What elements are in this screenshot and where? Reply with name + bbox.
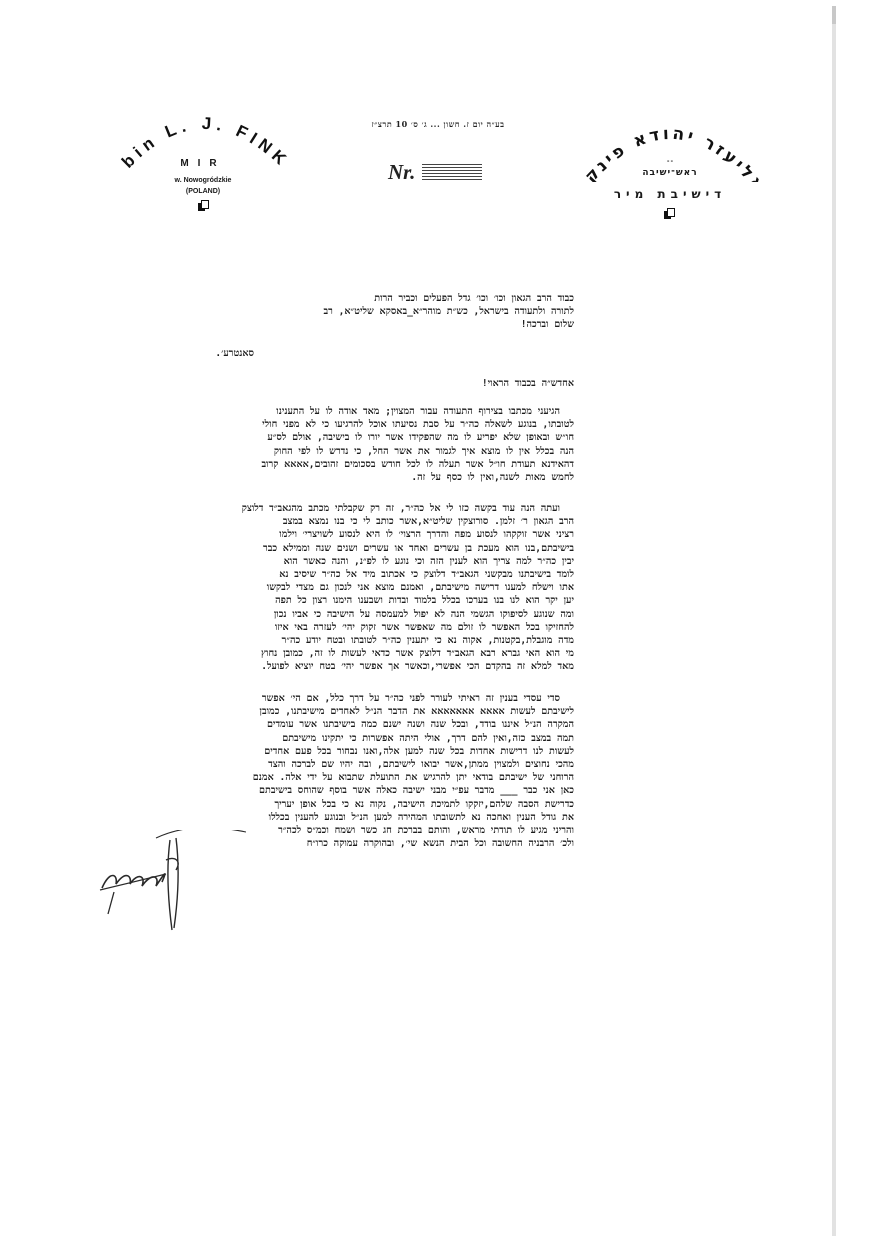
paragraph-3: סדי עסדי בענין זה ראיתי לעורר לפני כה״ר …: [74, 692, 574, 850]
text-line: יען יקר הוא לנו בנו בערכו בכלל בלמוד ובד…: [74, 594, 574, 607]
address-line: כבוד הרב הגאון וכו׳ וכו׳ גדל הפעלים וכבי…: [154, 292, 574, 305]
reference-number-field: [422, 164, 482, 180]
text-line: אתו וישלח למענו דרישה מישיבתם, ואמנם מוצ…: [74, 581, 574, 594]
letterhead-institution: דישיבת מיר: [580, 187, 760, 201]
text-line: מאד למלא זה בהקדם הכי אפשרי,וכאשר אך אפש…: [74, 660, 574, 673]
text-line: את גודל הענין ואחכה נא לתשובתו המהירה למ…: [74, 811, 574, 824]
reference-number-label: Nr.: [388, 160, 415, 185]
scrollbar-thumb[interactable]: [832, 6, 836, 24]
text-line: יבין כה״ר למה צריך הוא לענין הזה וכי נוג…: [74, 555, 574, 568]
text-line: כאן אני כבר ___ מדבר עפ״י מבני ישיבה כאל…: [74, 784, 574, 797]
date-line: בע״ה יום ז. חשון ... ג׳ ס׳ 10 תרצ״ז: [358, 119, 518, 129]
vertical-scrollbar[interactable]: [832, 6, 836, 1236]
text-line: מי הוא האי גברא רבא הגאב״ד דלוצק אשר כדא…: [74, 647, 574, 660]
text-line: לומד בישיבתנו מבקשני הגאב״ד דלוצק כי אכת…: [74, 568, 574, 581]
telephone-icon: [664, 208, 675, 220]
address-line: שלום וברכה!: [154, 318, 574, 331]
document-page: Rabin L. J. FINKEL MIR w. Nowogródzkie (…: [0, 0, 832, 1240]
recipient-address: כבוד הרב הגאון וכו׳ וכו׳ גדל הפעלים וכבי…: [154, 292, 574, 332]
address-line: לתורה ולתעודה בישראל, כש״ת מוהר״א_באסקא …: [154, 305, 574, 318]
text-line: הגיעני מכתבו בצירוף התעודה עבור המצוין; …: [74, 405, 574, 418]
letterhead-left: Rabin L. J. FINKEL MIR w. Nowogródzkie (…: [108, 104, 298, 224]
text-line: רציני אשר זוקקהו לנסוע מפה והדרך הרצוי׳ …: [74, 528, 574, 541]
text-line: מדה מוגבלת,בקטנות, אקוה נא כי יתענין כה״…: [74, 634, 574, 647]
text-line: סדי עסדי בענין זה ראיתי לעורר לפני כה״ר …: [74, 692, 574, 705]
text-line: דהאידנא תעודת חו״ל אשר תעלה לו לכל חודש …: [74, 458, 574, 471]
telephone-icon: [198, 200, 209, 212]
greeting: אחדש״ה בכבוד הראוי!: [482, 377, 574, 390]
text-line: הרוחני של ישיבתם בודאי יתן להרגיש את התו…: [74, 771, 574, 784]
recipient-place: סאנטרע׳.: [215, 347, 254, 360]
text-line: המקרה הנ״ל איננו בודד, ובכל שנה ושנה ישנ…: [74, 718, 574, 731]
handwritten-signature: [96, 830, 216, 940]
text-line: בישיבתם,בנו הוא מעכת בן עשרים ואחד או עש…: [74, 542, 574, 555]
text-line: הנה בכלל אין לו מוצא איך לגמור את אשר הח…: [74, 445, 574, 458]
text-line: הרב הגאון ר׳ זלמן. סורוצקין שליט״א,אשר כ…: [74, 515, 574, 528]
paragraph-1: הגיעני מכתבו בצירוף התעודה עבור המצוין; …: [74, 405, 574, 484]
text-line: תמה במצב כזה,ואין להם דרך, אולי היתה אפש…: [74, 732, 574, 745]
text-line: ומה שנוגע לסיפוקו הגשמי הנה לא יפול למעמ…: [74, 608, 574, 621]
letterhead-title: ראש־ישיבה: [580, 168, 760, 178]
paragraph-2: ועתה הנה עוד בקשה כזו לי אל כה״ר, זה רק …: [74, 502, 574, 674]
text-line: כדרישת הסבה שלהם,יזקקו לתמיכת הישיבה, נק…: [74, 798, 574, 811]
text-line: חו״ש ובאופן שלא יפריע לו מה שהפקידו אשר …: [74, 431, 574, 444]
text-line: לישיבתם לעשות אאאא אאאאאאא את הדבר הנ״ל …: [74, 705, 574, 718]
letterhead-right: אליעזר יהודא פינקל ‑‑ ראש־ישיבה דישיבת מ…: [580, 112, 760, 232]
text-line: להחזיקו בכל האפשר לו זולם מה שאפשר אשר ז…: [74, 621, 574, 634]
text-line: מהכי נחוצים ולמצוין ממתן,אשר יבואו לישיב…: [74, 758, 574, 771]
letterhead-country: (POLAND): [108, 188, 298, 195]
text-line: לעשות לנו דרישות אחדות בכל שנה למען אלה,…: [74, 745, 574, 758]
text-line: לחמש מאות לשנה,ואין לו כסף על זה.: [74, 471, 574, 484]
text-line: לטובתו, בנוגע לשאלה כה״ר על סבת נסיעתו א…: [74, 418, 574, 431]
letterhead-town: MIR: [108, 158, 298, 169]
letterhead-district: w. Nowogródzkie: [108, 177, 298, 184]
letterhead-honorific: ‑‑: [580, 158, 760, 165]
text-line: ועתה הנה עוד בקשה כזו לי אל כה״ר, זה רק …: [74, 502, 574, 515]
